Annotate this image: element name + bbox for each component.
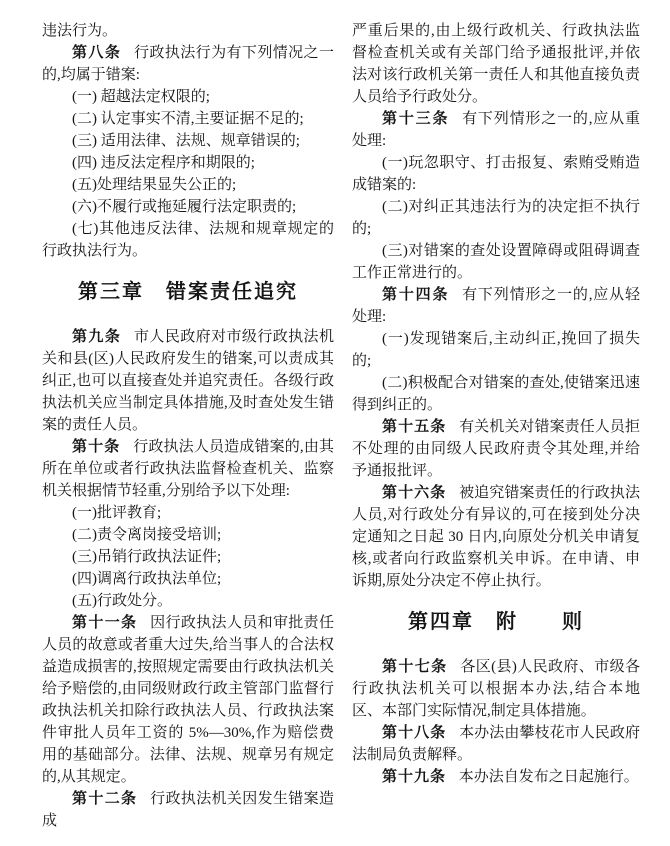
article-number: 第十七条	[382, 658, 448, 675]
paragraph-text: (一) 超越法定权限的;	[72, 89, 210, 105]
article-paragraph: 第十六条被追究错案责任的行政执法人员,对行政处分有异议的,可在接到处分决定通知之…	[352, 482, 640, 592]
article-number: 第十五条	[382, 418, 446, 435]
paragraph-text: (一)玩忽职守、打击报复、索贿受贿造成错案的:	[352, 155, 640, 193]
article-paragraph: 第十九条本办法自发布之日起施行。	[352, 766, 640, 788]
paragraph-text: (一)批评教育;	[72, 505, 161, 521]
article-paragraph: 第十七条各区(县)人民政府、市级各行政执法机关可以根据本办法,结合本地区、本部门…	[352, 656, 640, 722]
article-paragraph: 第十四条有下列情形之一的,应从轻处理:	[352, 284, 640, 328]
list-item: (一)发现错案后,主动纠正,挽回了损失的;	[352, 328, 640, 372]
article-paragraph: 第八条行政执法行为有下列情况之一的,均属于错案:	[42, 42, 334, 86]
chapter-heading: 第三章 错案责任追究	[42, 278, 334, 306]
article-number: 第九条	[72, 328, 121, 345]
paragraph-text: (二)责令离岗接受培训;	[72, 527, 221, 543]
list-item: (六)不履行或拖延履行法定职责的;	[42, 196, 334, 218]
list-item: (二)对纠正其违法行为的决定拒不执行的;	[352, 196, 640, 240]
list-item: (四) 违反法定程序和期限的;	[42, 152, 334, 174]
article-paragraph: 第十二条行政执法机关因发生错案造成	[42, 788, 334, 832]
chapter-heading: 第四章 附 则	[352, 608, 640, 636]
paragraph-text: (六)不履行或拖延履行法定职责的;	[72, 199, 296, 215]
article-number: 第十六条	[382, 484, 446, 501]
list-item: (二) 认定事实不清,主要证据不足的;	[42, 108, 334, 130]
list-item: (一) 超越法定权限的;	[42, 86, 334, 108]
paragraph-text: (三)对错案的查处设置障碍或阻碍调查工作正常进行的。	[352, 243, 640, 281]
list-item: (三)吊销行政执法证件;	[42, 546, 334, 568]
list-item: (一)批评教育;	[42, 502, 334, 524]
article-paragraph: 第十三条有下列情形之一的,应从重处理:	[352, 108, 640, 152]
list-item: (三) 适用法律、法规、规章错误的;	[42, 130, 334, 152]
continuation-paragraph: 严重后果的,由上级行政机关、行政执法监督检查机关或有关部门给予通报批评,并依法对…	[352, 20, 640, 108]
article-paragraph: 第十八条本办法由攀枝花市人民政府法制局负责解释。	[352, 722, 640, 766]
left-column: 违法行为。第八条行政执法行为有下列情况之一的,均属于错案:(一) 超越法定权限的…	[42, 20, 334, 846]
list-item: (五)行政处分。	[42, 590, 334, 612]
paragraph-text: 因行政执法人员和审批责任人员的故意或者重大过失,给当事人的合法权益造成损害的,按…	[42, 615, 334, 785]
paragraph-text: 本办法自发布之日起施行。	[459, 769, 639, 785]
continuation-paragraph: 违法行为。	[42, 20, 334, 42]
paragraph-text: (七)其他违反法律、法规和规章规定的行政执法行为。	[42, 221, 334, 259]
paragraph-text: (三)吊销行政执法证件;	[72, 549, 221, 565]
paragraph-text: (五)行政处分。	[72, 593, 172, 609]
paragraph-text: (四) 违反法定程序和期限的;	[72, 155, 255, 171]
paragraph-text: 严重后果的,由上级行政机关、行政执法监督检查机关或有关部门给予通报批评,并依法对…	[352, 23, 640, 105]
list-item: (四)调离行政执法单位;	[42, 568, 334, 590]
article-number: 第十条	[72, 438, 120, 455]
list-item: (一)玩忽职守、打击报复、索贿受贿造成错案的:	[352, 152, 640, 196]
article-number: 第八条	[72, 44, 121, 61]
paragraph-text: (二)积极配合对错案的查处,使错案迅速得到纠正的。	[352, 375, 640, 413]
list-item: (五)处理结果显失公正的;	[42, 174, 334, 196]
paragraph-text: (三) 适用法律、法规、规章错误的;	[72, 133, 300, 149]
paragraph-text: (四)调离行政执法单位;	[72, 571, 221, 587]
article-number: 第十九条	[382, 768, 446, 785]
article-number: 第十一条	[72, 614, 137, 631]
article-paragraph: 第九条市人民政府对市级行政执法机关和县(区)人民政府发生的错案,可以责成其纠正,…	[42, 326, 334, 436]
article-number: 第十二条	[72, 790, 137, 807]
list-item: (七)其他违反法律、法规和规章规定的行政执法行为。	[42, 218, 334, 262]
article-number: 第十三条	[382, 110, 449, 127]
list-item: (二)责令离岗接受培训;	[42, 524, 334, 546]
article-paragraph: 第十条行政执法人员造成错案的,由其所在单位或者行政执法监督检查机关、监察机关根据…	[42, 436, 334, 502]
article-number: 第十四条	[382, 286, 449, 303]
list-item: (二)积极配合对错案的查处,使错案迅速得到纠正的。	[352, 372, 640, 416]
article-number: 第十八条	[382, 724, 446, 741]
paragraph-text: (二) 认定事实不清,主要证据不足的;	[72, 111, 304, 127]
article-paragraph: 第十五条有关机关对错案责任人员拒不处理的由同级人民政府责令其处理,并给予通报批评…	[352, 416, 640, 482]
paragraph-text: (五)处理结果显失公正的;	[72, 177, 236, 193]
list-item: (三)对错案的查处设置障碍或阻碍调查工作正常进行的。	[352, 240, 640, 284]
paragraph-text: 违法行为。	[42, 23, 117, 39]
paragraph-text: (二)对纠正其违法行为的决定拒不执行的;	[352, 199, 640, 237]
paragraph-text: (一)发现错案后,主动纠正,挽回了损失的;	[352, 331, 640, 369]
document-page: 违法行为。第八条行政执法行为有下列情况之一的,均属于错案:(一) 超越法定权限的…	[0, 0, 670, 846]
article-paragraph: 第十一条因行政执法人员和审批责任人员的故意或者重大过失,给当事人的合法权益造成损…	[42, 612, 334, 788]
right-column: 严重后果的,由上级行政机关、行政执法监督检查机关或有关部门给予通报批评,并依法对…	[352, 20, 640, 846]
